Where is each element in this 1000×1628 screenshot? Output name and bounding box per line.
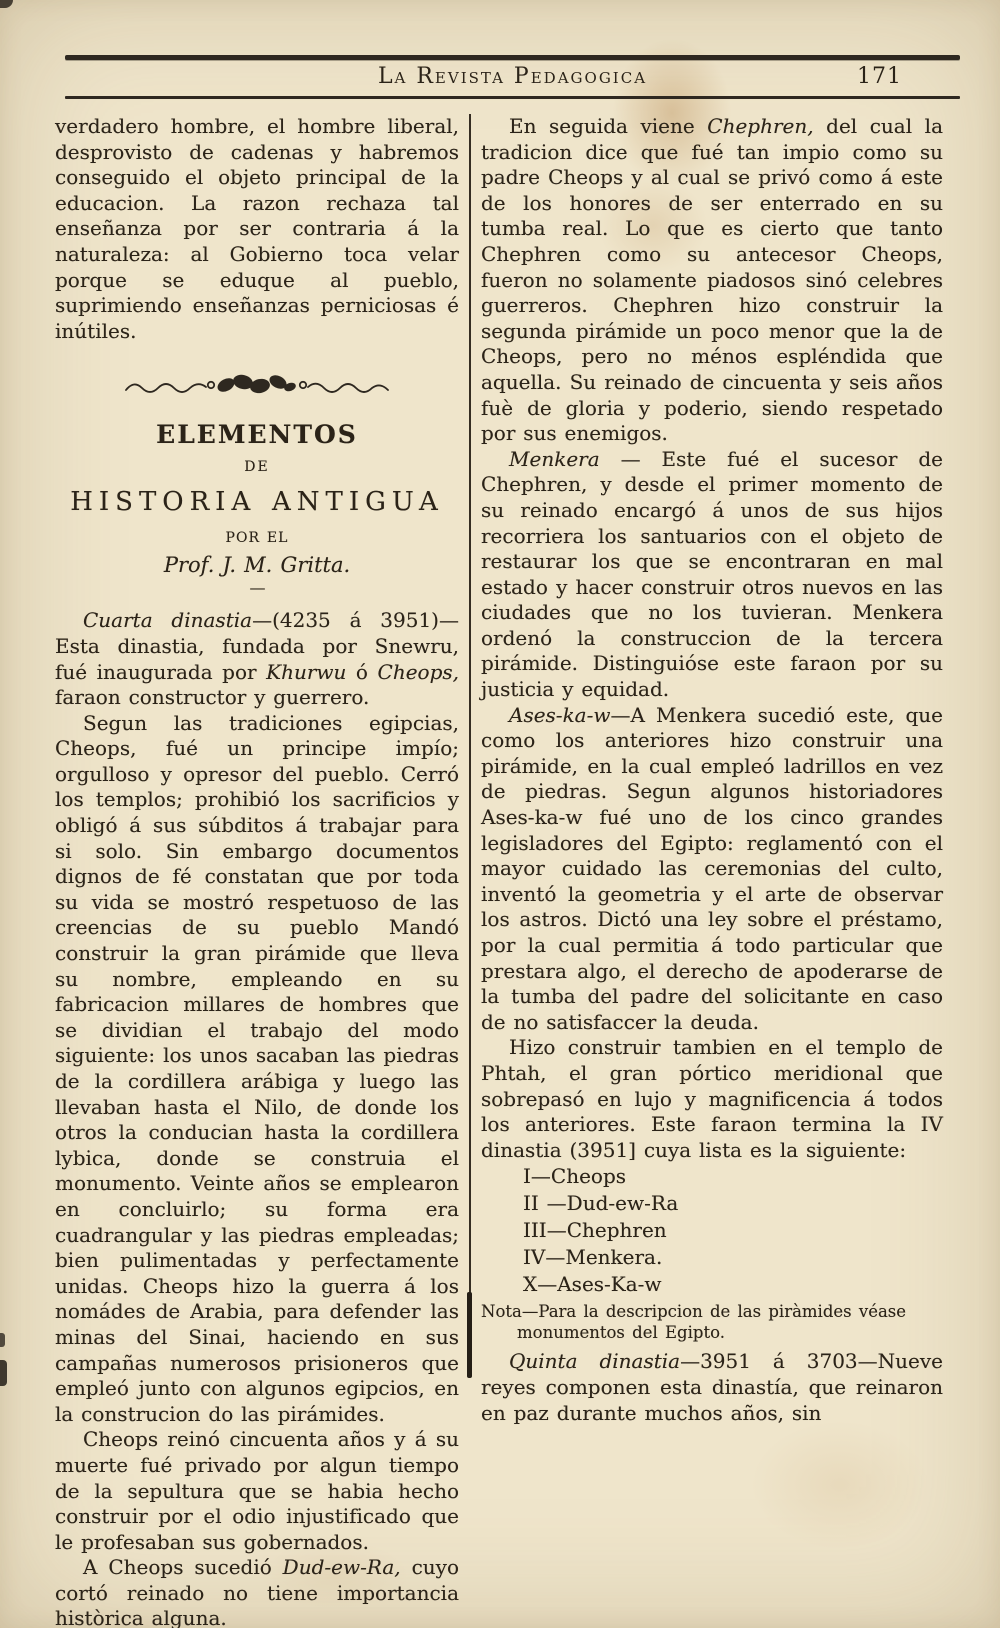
left-column-intro: verdadero hombre, el hombre liberal, des…	[55, 114, 459, 344]
right-column-closing: Quinta dinastia—3951 á 3703—Nueve reyes …	[481, 1349, 943, 1426]
paragraph: Menkera — Este fué el sucesor de Chephre…	[481, 447, 943, 703]
article-title-connector: DE	[55, 455, 459, 481]
paragraph: A Cheops sucedió Dud-ew-Ra, cuyo cortó r…	[55, 1555, 459, 1628]
paragraph: Nota—Para la descripcion de las piràmide…	[481, 1302, 943, 1343]
right-column-text: En seguida viene Chephren, del cual la t…	[481, 114, 943, 1163]
paragraph: verdadero hombre, el hombre liberal, des…	[55, 114, 459, 344]
right-column: En seguida viene Chephren, del cual la t…	[481, 114, 943, 1628]
dynasty-king-list: I—CheopsII —Dud-ew-RaIII—ChephrenIV—Menk…	[481, 1163, 943, 1298]
floral-divider-ornament	[55, 370, 459, 408]
scan-edge-mark	[0, 1360, 7, 1386]
dynasty-list-item: X—Ases-Ka-w	[481, 1271, 943, 1298]
paragraph: Ases-ka-w—A Menkera sucedió este, que co…	[481, 703, 943, 1036]
paragraph: Cheops reinó cincuenta años y á su muert…	[55, 1427, 459, 1555]
article-heading: ELEMENTOS DE HISTORIA ANTIGUA POR EL Pro…	[55, 422, 459, 594]
page-number: 171	[857, 64, 902, 89]
left-column-text: Cuarta dinastia—(4235 á 3951)—Esta dinas…	[55, 608, 459, 1628]
paragraph: Hizo construir tambien en el templo de P…	[481, 1035, 943, 1163]
scan-edge-mark	[0, 0, 13, 8]
column-divider-ink-blot	[467, 1292, 472, 1378]
article-subject: HISTORIA ANTIGUA	[55, 490, 459, 516]
heading-dash-divider: —	[55, 582, 459, 594]
footnote: Nota—Para la descripcion de las piràmide…	[481, 1302, 943, 1343]
header-rule-bottom	[65, 96, 960, 99]
paragraph: En seguida viene Chephren, del cual la t…	[481, 114, 943, 447]
journal-page: La Revista Pedagogica 171 verdadero homb…	[0, 0, 1000, 1628]
paragraph: Cuarta dinastia—(4235 á 3951)—Esta dinas…	[55, 608, 459, 710]
article-author: Prof. J. M. Gritta.	[55, 553, 459, 579]
running-header: La Revista Pedagogica 171	[65, 64, 960, 92]
column-divider-rule	[469, 114, 471, 1374]
header-rule-top	[65, 55, 960, 60]
dynasty-list-item: III—Chephren	[481, 1217, 943, 1244]
dynasty-list-item: IV—Menkera.	[481, 1244, 943, 1271]
journal-title: La Revista Pedagogica	[65, 64, 960, 89]
article-title: ELEMENTOS	[55, 422, 459, 448]
article-byline-label: POR EL	[55, 526, 459, 552]
page-body: verdadero hombre, el hombre liberal, des…	[55, 114, 945, 1628]
paragraph: Quinta dinastia—3951 á 3703—Nueve reyes …	[481, 1349, 943, 1426]
paragraph: Segun las tradiciones egipcias, Cheops, …	[55, 711, 459, 1428]
dynasty-list-item: I—Cheops	[481, 1163, 943, 1190]
left-column: verdadero hombre, el hombre liberal, des…	[55, 114, 459, 1628]
scan-edge-mark	[0, 1333, 5, 1347]
dynasty-list-item: II —Dud-ew-Ra	[481, 1190, 943, 1217]
